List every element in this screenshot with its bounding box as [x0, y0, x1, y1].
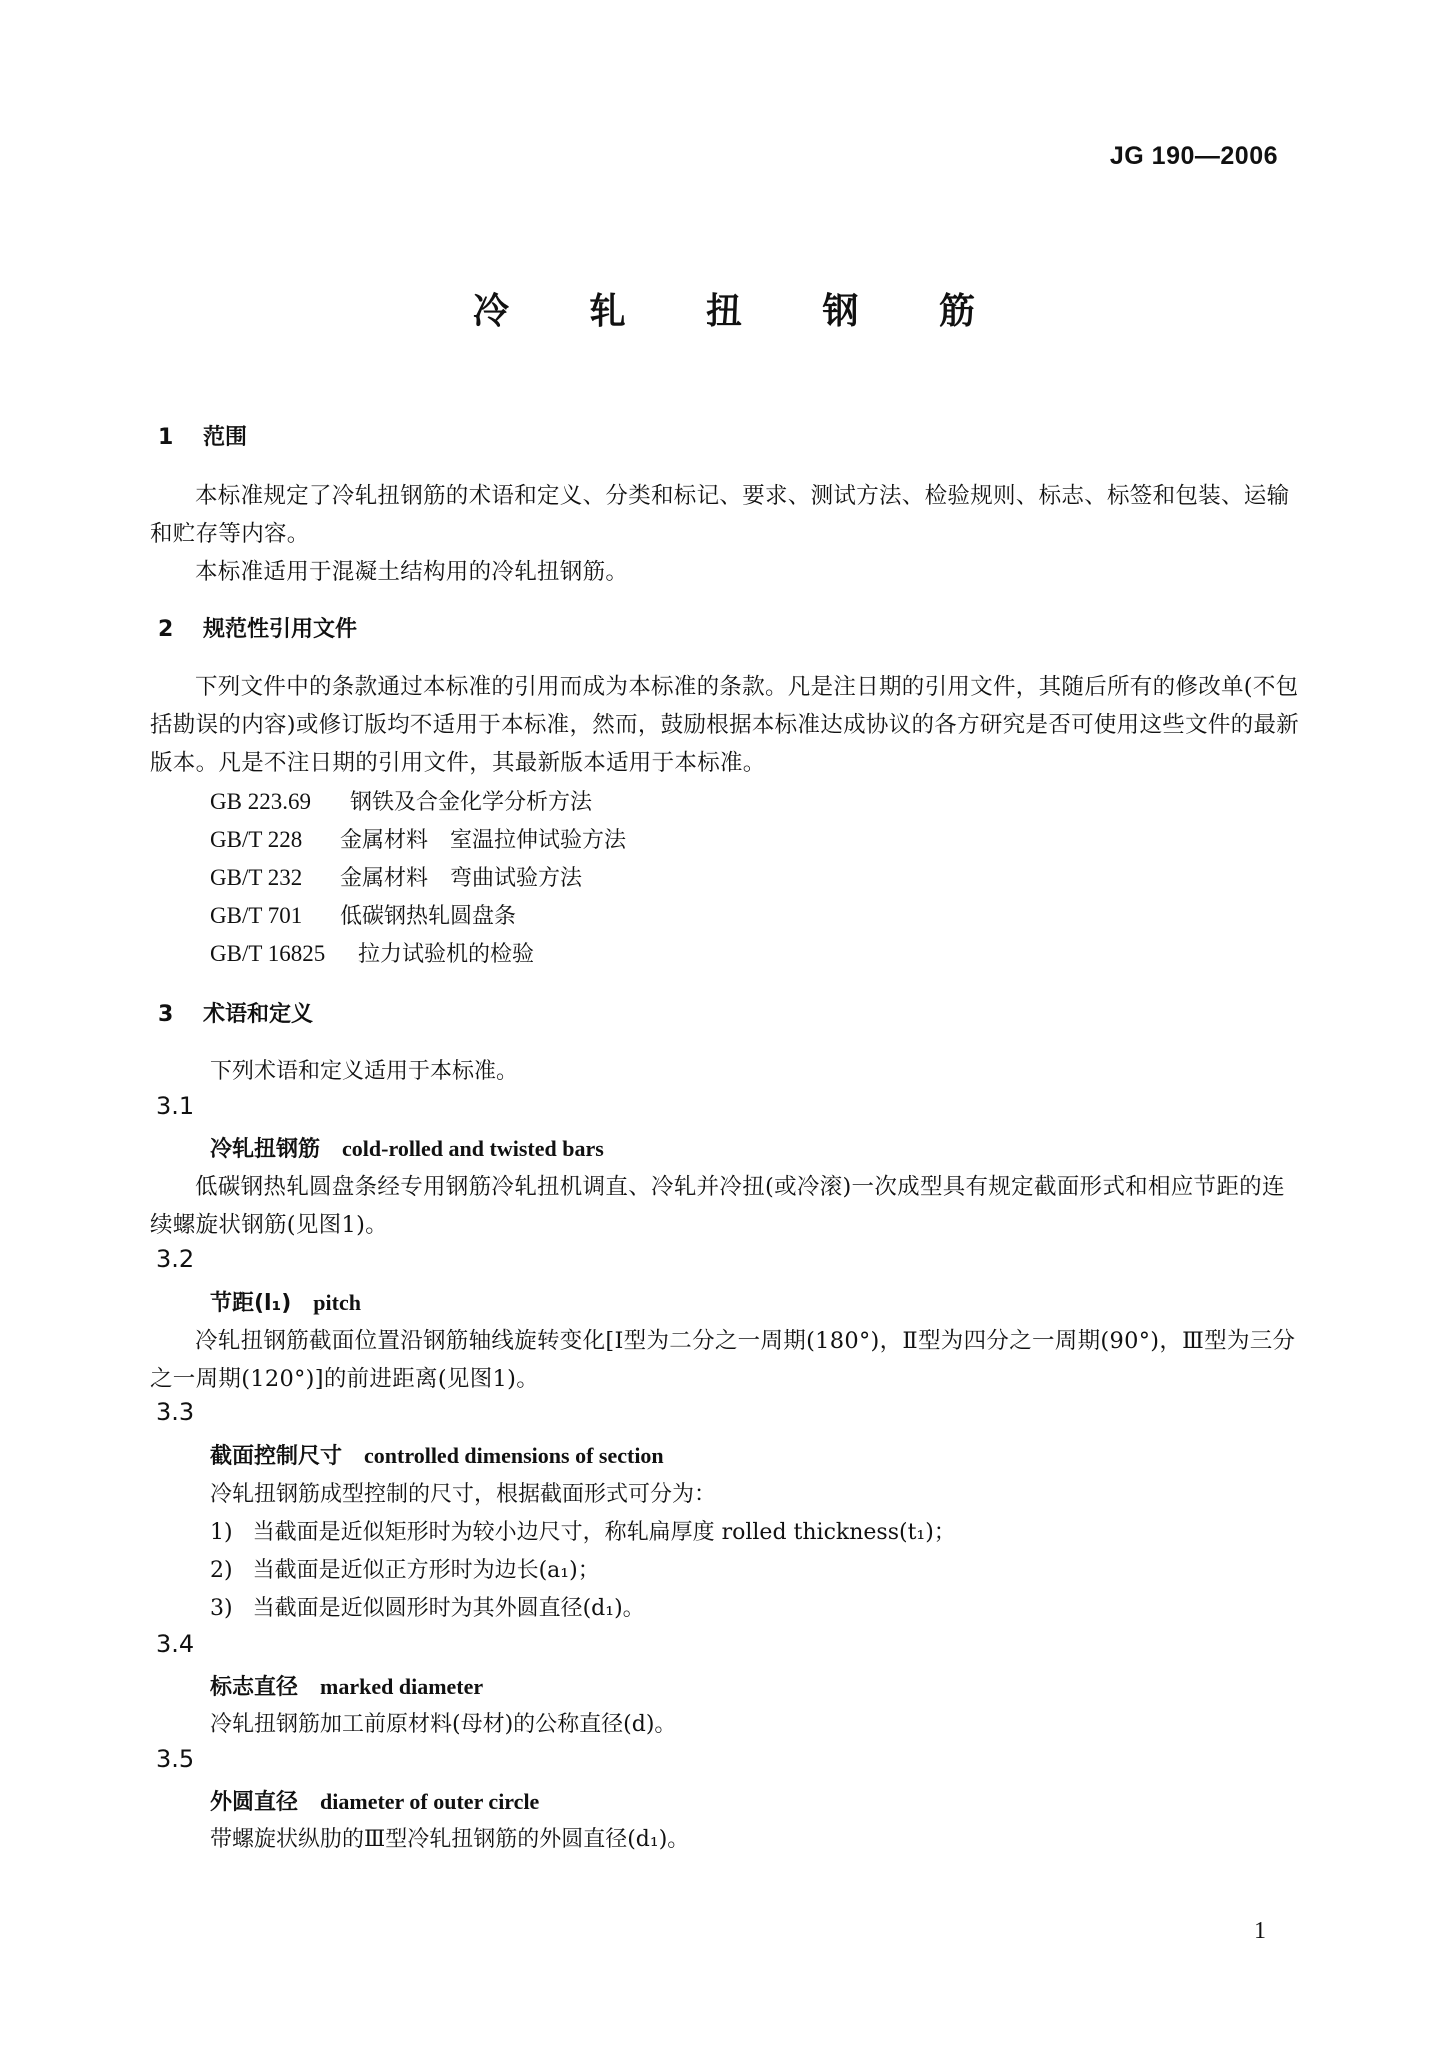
term-number: 3.3: [156, 1398, 194, 1426]
reference-code: GB/T 228: [210, 821, 340, 859]
section-title: 规范性引用文件: [203, 617, 357, 642]
term-definition: 冷轧扭钢筋加工前原材料(母材)的公称直径(d)。: [210, 1706, 676, 1744]
list-item: 1)当截面是近似矩形时为较小边尺寸，称轧扁厚度 rolled thickness…: [210, 1514, 956, 1552]
term-definition: 带螺旋状纵肋的Ⅲ型冷轧扭钢筋的外圆直径(d₁)。: [210, 1821, 689, 1859]
term-heading: 截面控制尺寸controlled dimensions of section: [210, 1439, 664, 1470]
term-english: diameter of outer circle: [320, 1789, 539, 1814]
reference-code: GB 223.69: [210, 783, 350, 821]
list-text: 当截面是近似正方形时为边长(a₁)；: [253, 1558, 600, 1583]
term-chinese: 冷轧扭钢筋: [210, 1137, 320, 1162]
list-text: 当截面是近似矩形时为较小边尺寸，称轧扁厚度 rolled thickness(t…: [253, 1520, 956, 1545]
section-1-paragraph-1: 本标准规定了冷轧扭钢筋的术语和定义、分类和标记、要求、测试方法、检验规则、标志、…: [150, 477, 1300, 553]
reference-title: 金属材料 弯曲试验方法: [340, 866, 582, 891]
reference-item: GB/T 228金属材料 室温拉伸试验方法: [210, 821, 626, 860]
section-3-intro: 下列术语和定义适用于本标准。: [210, 1053, 518, 1091]
term-heading: 标志直径marked diameter: [210, 1670, 483, 1701]
term-number: 3.5: [156, 1745, 194, 1773]
reference-item: GB/T 232金属材料 弯曲试验方法: [210, 859, 582, 898]
reference-title: 拉力试验机的检验: [358, 942, 534, 967]
reference-item: GB 223.69钢铁及合金化学分析方法: [210, 783, 592, 822]
section-2-paragraph: 下列文件中的条款通过本标准的引用而成为本标准的条款。凡是注日期的引用文件，其随后…: [150, 668, 1300, 782]
section-title: 范围: [203, 425, 247, 450]
section-number: 3: [158, 1002, 173, 1027]
reference-code: GB/T 701: [210, 897, 340, 935]
term-number: 3.2: [156, 1245, 194, 1273]
term-chinese: 标志直径: [210, 1675, 298, 1700]
standard-code: JG 190—2006: [1110, 142, 1278, 171]
section-title: 术语和定义: [203, 1002, 313, 1027]
reference-item: GB/T 16825拉力试验机的检验: [210, 935, 534, 974]
list-label: 1): [210, 1520, 233, 1545]
term-heading: 节距(l₁)pitch: [210, 1286, 361, 1317]
term-chinese: 截面控制尺寸: [210, 1444, 342, 1469]
term-english: controlled dimensions of section: [364, 1443, 664, 1468]
list-label: 3): [210, 1596, 233, 1621]
section-number: 2: [158, 617, 173, 642]
term-heading: 冷轧扭钢筋cold-rolled and twisted bars: [210, 1132, 604, 1163]
list-text: 当截面是近似圆形时为其外圆直径(d₁)。: [253, 1596, 645, 1621]
term-english: cold-rolled and twisted bars: [342, 1136, 604, 1161]
term-number: 3.1: [156, 1092, 194, 1120]
term-english: marked diameter: [320, 1674, 483, 1699]
term-definition: 冷轧扭钢筋截面位置沿钢筋轴线旋转变化[Ⅰ型为二分之一周期(180°)，Ⅱ型为四分…: [150, 1322, 1300, 1398]
reference-title: 金属材料 室温拉伸试验方法: [340, 828, 626, 853]
section-1-heading: 1 范围: [158, 420, 247, 451]
section-1-paragraph-2: 本标准适用于混凝土结构用的冷轧扭钢筋。: [150, 553, 1300, 591]
term-definition: 冷轧扭钢筋成型控制的尺寸，根据截面形式可分为：: [210, 1476, 716, 1514]
list-item: 2)当截面是近似正方形时为边长(a₁)；: [210, 1552, 600, 1590]
section-2-heading: 2 规范性引用文件: [158, 612, 357, 643]
term-chinese: 外圆直径: [210, 1790, 298, 1815]
term-definition: 低碳钢热轧圆盘条经专用钢筋冷轧扭机调直、冷轧并冷扭(或冷滚)一次成型具有规定截面…: [150, 1168, 1300, 1244]
reference-code: GB/T 232: [210, 859, 340, 897]
term-heading: 外圆直径diameter of outer circle: [210, 1785, 539, 1816]
page-number: 1: [1254, 1918, 1266, 1945]
term-english: pitch: [313, 1290, 361, 1315]
reference-title: 钢铁及合金化学分析方法: [350, 790, 592, 815]
section-number: 1: [158, 425, 173, 450]
reference-code: GB/T 16825: [210, 935, 358, 973]
page-title: 冷 轧 扭 钢 筋: [0, 283, 1448, 334]
reference-item: GB/T 701低碳钢热轧圆盘条: [210, 897, 516, 936]
reference-title: 低碳钢热轧圆盘条: [340, 904, 516, 929]
section-3-heading: 3 术语和定义: [158, 997, 313, 1028]
term-number: 3.4: [156, 1630, 194, 1658]
list-label: 2): [210, 1558, 233, 1583]
term-chinese: 节距(l₁): [210, 1291, 291, 1316]
list-item: 3)当截面是近似圆形时为其外圆直径(d₁)。: [210, 1590, 645, 1628]
